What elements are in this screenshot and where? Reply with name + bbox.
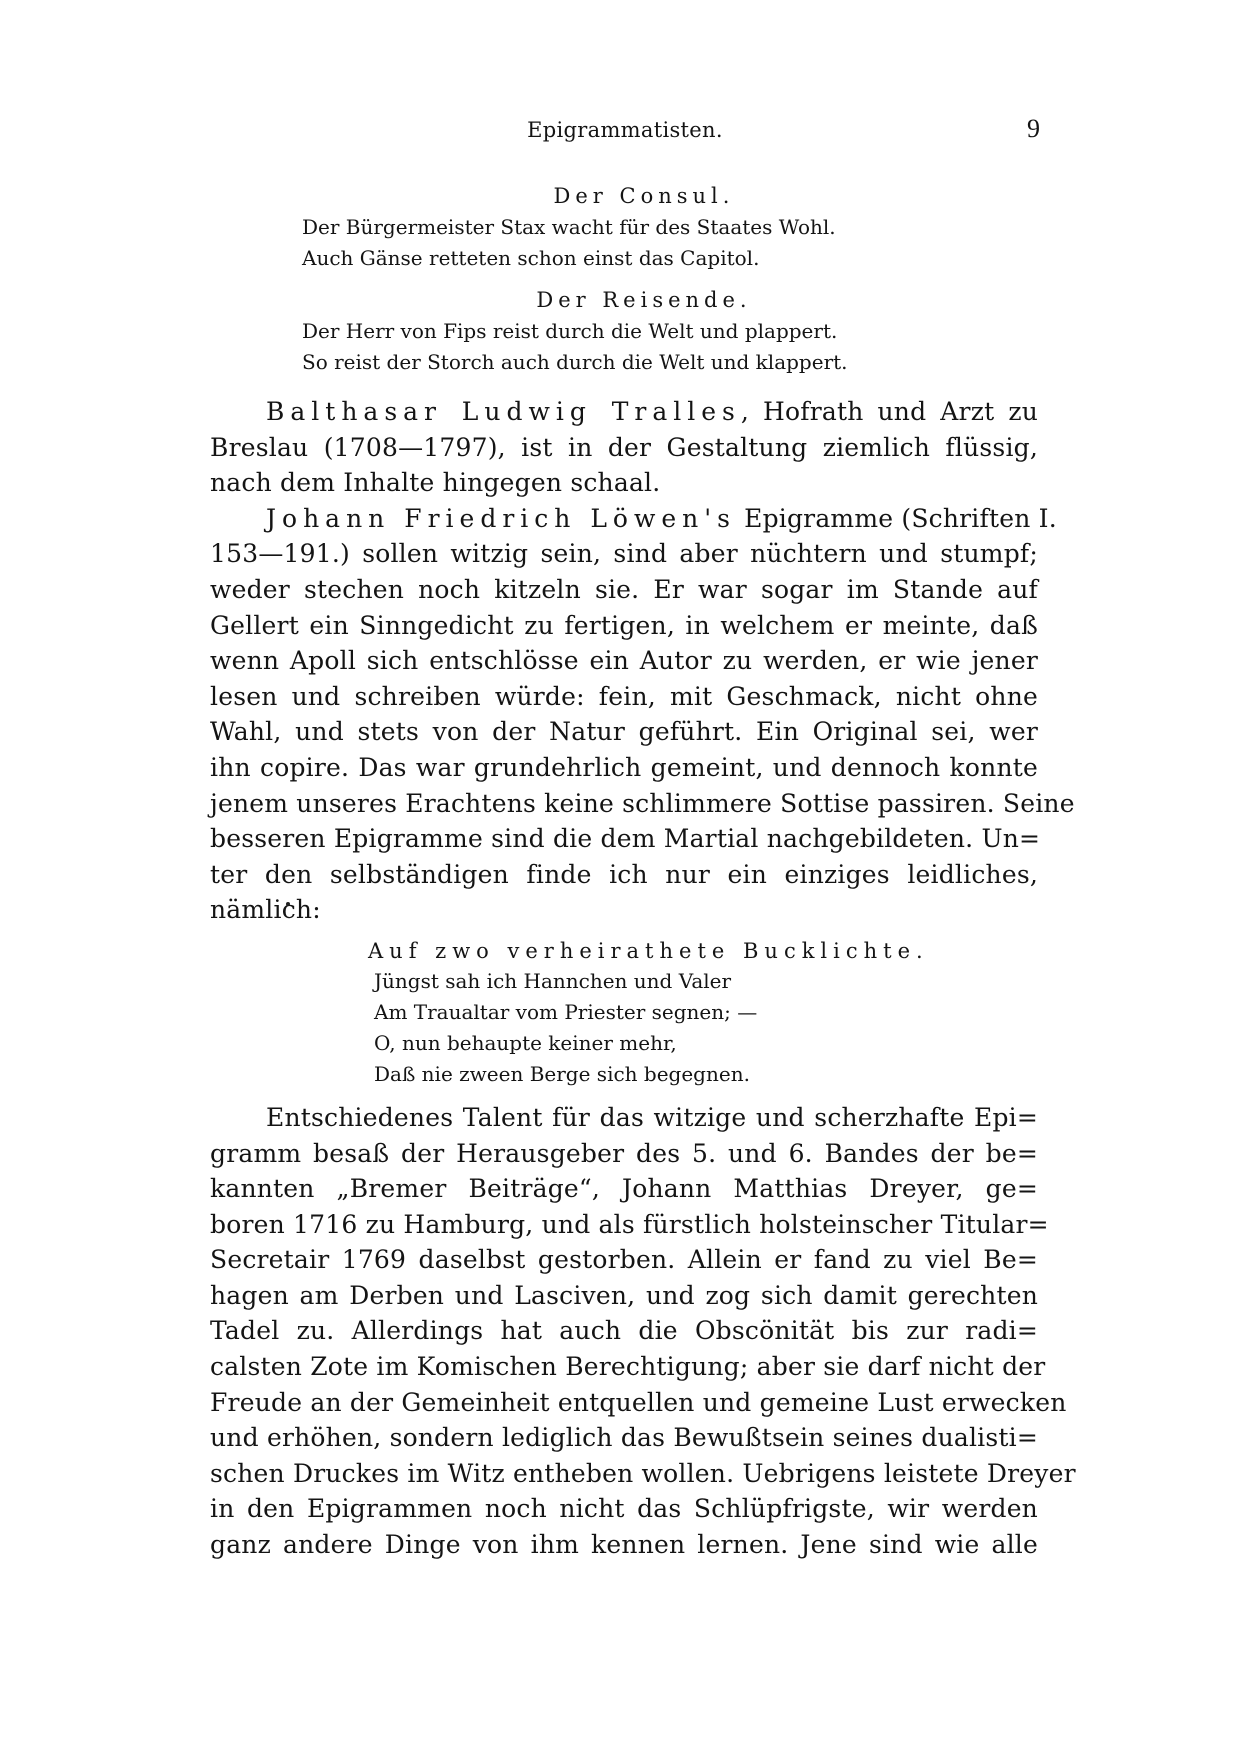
text-line: wenn Apoll sich entschlösse ein Autor zu… xyxy=(210,643,1038,679)
main-text: Der Consul. Der Bürgermeister Stax wacht… xyxy=(210,180,1038,1563)
text-line: und erhöhen, sondern lediglich das Bewuß… xyxy=(210,1420,1038,1456)
text-line: Freude an der Gemeinheit entquellen und … xyxy=(210,1385,1038,1421)
poem-line: Auch Gänse retteten schon einst das Capi… xyxy=(302,243,1038,274)
text-line: ter den selbständigen finde ich nur ein … xyxy=(210,857,1038,893)
poem-bucklichte: Jüngst sah ich Hannchen und Valer Am Tra… xyxy=(374,966,1038,1090)
paragraph-loewen: Johann Friedrich Löwen's Epigramme (Schr… xyxy=(210,501,1038,928)
text-line: nämlich: xyxy=(210,892,1038,928)
poem-reisende: Der Herr von Fips reist durch die Welt u… xyxy=(302,316,1038,378)
text-line: ihn copire. Das war grundehrlich gemeint… xyxy=(210,750,1038,786)
text-line: Tadel zu. Allerdings hat auch die Obscön… xyxy=(210,1313,1038,1349)
poem-title-bucklichte: Auf zwo verheirathete Bucklichte. xyxy=(368,936,1038,966)
poem-line: So reist der Storch auch durch die Welt … xyxy=(302,347,1038,378)
text-line: kannten „Bremer Beiträge“, Johann Matthi… xyxy=(210,1171,1038,1207)
poem-consul: Der Bürgermeister Stax wacht für des Sta… xyxy=(302,212,1038,274)
text-line: weder stechen noch kitzeln sie. Er war s… xyxy=(210,572,1038,608)
author-name-tralles: Balthasar Ludwig Tralles xyxy=(266,397,741,426)
text-line: nach dem Inhalte hingegen schaal. xyxy=(210,465,1038,501)
paragraph-dreyer: Entschiedenes Talent für das witzige und… xyxy=(210,1100,1038,1563)
text-line: boren 1716 zu Hamburg, und als fürstlich… xyxy=(210,1207,1038,1243)
text-line: Gellert ein Sinngedicht zu fertigen, in … xyxy=(210,608,1038,644)
poem-line: Der Bürgermeister Stax wacht für des Sta… xyxy=(302,212,1038,243)
text-line: 153—191.) sollen witzig sein, sind aber … xyxy=(210,536,1038,572)
text-line: in den Epigrammen noch nicht das Schlüpf… xyxy=(210,1491,1038,1527)
poem-title-consul: Der Consul. xyxy=(250,180,1038,212)
running-title: Epigrammatisten. xyxy=(210,118,1040,142)
text-line: schen Druckes im Witz entheben wollen. U… xyxy=(210,1456,1038,1492)
book-page: Epigrammatisten. 9 Der Consul. Der Bürge… xyxy=(0,0,1241,1754)
poem-line: O, nun behaupte keiner mehr, xyxy=(374,1028,1038,1059)
text-line: gramm besaß der Herausgeber des 5. und 6… xyxy=(210,1136,1038,1172)
text-line: ganz andere Dinge von ihm kennen lernen.… xyxy=(210,1527,1038,1563)
text-line: calsten Zote im Komischen Berechtigung; … xyxy=(210,1349,1038,1385)
text-line: hagen am Derben und Lasciven, und zog si… xyxy=(210,1278,1038,1314)
author-name-loewen: Johann Friedrich Löwen's xyxy=(266,504,736,533)
poem-line: Am Traualtar vom Priester segnen; — xyxy=(374,997,1038,1028)
text-line: Wahl, und stets von der Natur geführt. E… xyxy=(210,714,1038,750)
text-line: Breslau (1708—1797), ist in der Gestaltu… xyxy=(210,430,1038,466)
text-line: jenem unseres Erachtens keine schlimmere… xyxy=(210,786,1038,822)
paragraph-tralles: Balthasar Ludwig Tralles, Hofrath und Ar… xyxy=(210,394,1038,501)
poem-line: Jüngst sah ich Hannchen und Valer xyxy=(374,966,1038,997)
running-head: Epigrammatisten. 9 xyxy=(210,118,1040,152)
poem-line: Der Herr von Fips reist durch die Welt u… xyxy=(302,316,1038,347)
print-speck xyxy=(286,902,290,906)
page-number: 9 xyxy=(1027,114,1040,144)
text-line: Secretair 1769 daselbst gestorben. Allei… xyxy=(210,1242,1038,1278)
text-line: lesen und schreiben würde: fein, mit Ges… xyxy=(210,679,1038,715)
text-line: besseren Epigramme sind die dem Martial … xyxy=(210,821,1038,857)
poem-title-reisende: Der Reisende. xyxy=(250,284,1038,316)
poem-line: Daß nie zween Berge sich begegnen. xyxy=(374,1059,1038,1090)
